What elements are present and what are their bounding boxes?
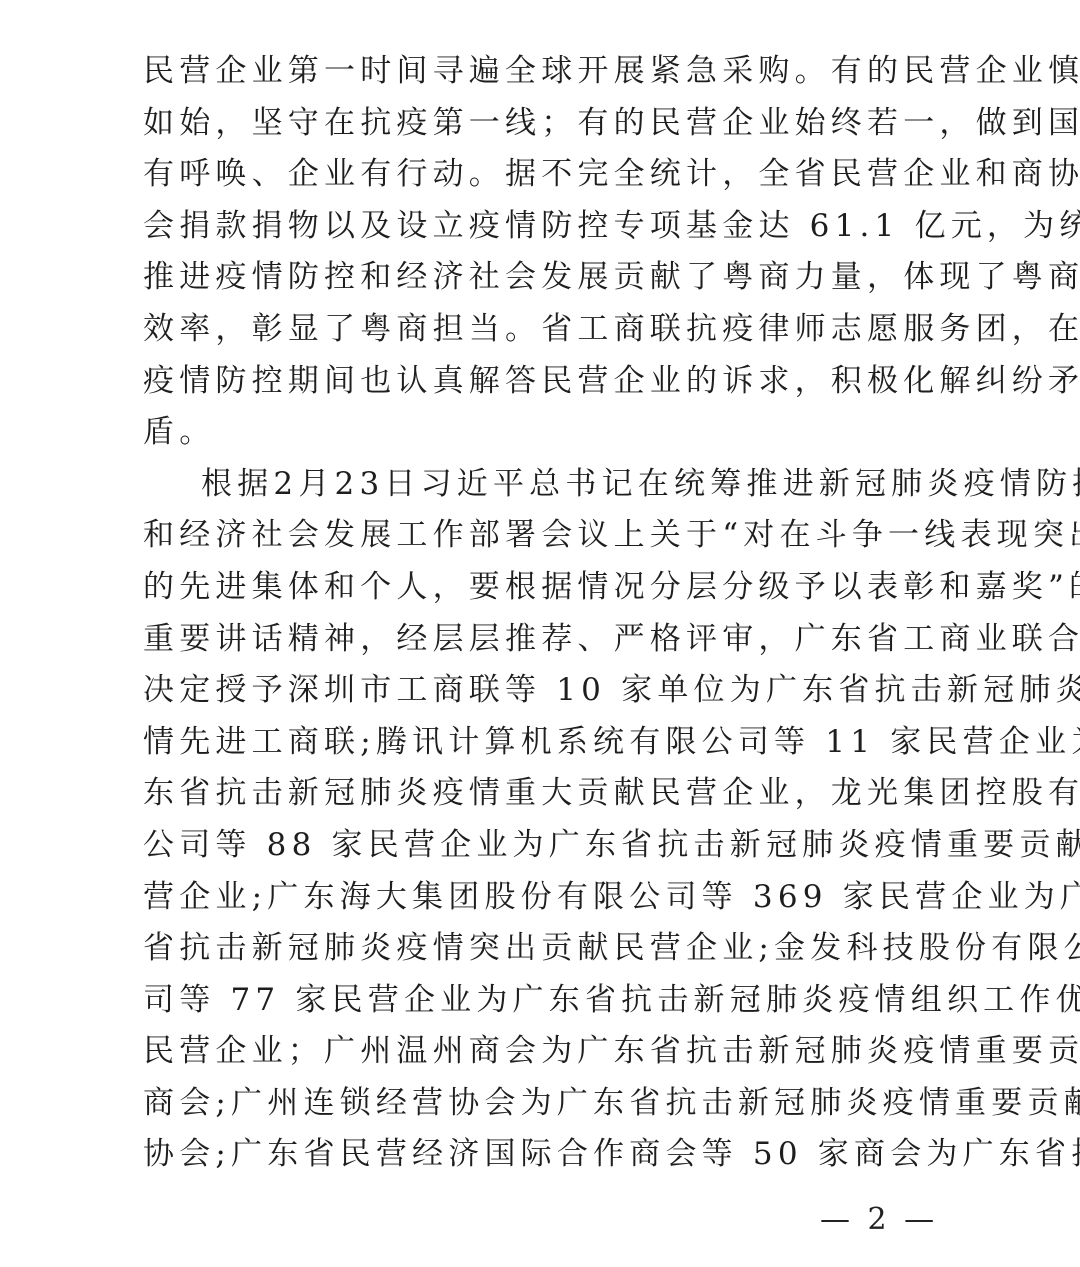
text-line: 公司等 88 家民营企业为广东省抗击新冠肺炎疫情重要贡献民 bbox=[143, 820, 923, 872]
text-line: 东省抗击新冠肺炎疫情重大贡献民营企业，龙光集团控股有限 bbox=[143, 768, 923, 820]
text-line: 效率，彰显了粤商担当。省工商联抗疫律师志愿服务团，在 bbox=[143, 304, 923, 356]
text-line: 推进疫情防控和经济社会发展贡献了粤商力量，体现了粤商 bbox=[143, 252, 923, 304]
text-line: 如始，坚守在抗疫第一线；有的民营企业始终若一，做到国家 bbox=[143, 98, 923, 150]
text-line: 和经济社会发展工作部署会议上关于“对在斗争一线表现突出 bbox=[143, 510, 923, 562]
text-line: 商会;广州连锁经营协会为广东省抗击新冠肺炎疫情重要贡献 bbox=[143, 1078, 923, 1130]
text-line: 司等 77 家民营企业为广东省抗击新冠肺炎疫情组织工作优秀 bbox=[143, 975, 923, 1027]
text-line: 的先进集体和个人，要根据情况分层分级予以表彰和嘉奖”的 bbox=[143, 562, 923, 614]
paragraph-2: 根据2月23日习近平总书记在统筹推进新冠肺炎疫情防控 和经济社会发展工作部署会议… bbox=[143, 459, 923, 1181]
text-line: 营企业;广东海大集团股份有限公司等 369 家民营企业为广东 bbox=[143, 872, 923, 924]
paragraph-1: 民营企业第一时间寻遍全球开展紧急采购。有的民营企业慎终 如始，坚守在抗疫第一线；… bbox=[143, 46, 923, 459]
document-body: 民营企业第一时间寻遍全球开展紧急采购。有的民营企业慎终 如始，坚守在抗疫第一线；… bbox=[143, 46, 923, 1181]
text-line: 有呼唤、企业有行动。据不完全统计，全省民营企业和商协 bbox=[143, 149, 923, 201]
text-line: 重要讲话精神，经层层推荐、严格评审，广东省工商业联合会 bbox=[143, 614, 923, 666]
text-line: 疫情防控期间也认真解答民营企业的诉求，积极化解纠纷矛 bbox=[143, 356, 923, 408]
text-line: 盾。 bbox=[143, 407, 923, 459]
text-line: 省抗击新冠肺炎疫情突出贡献民营企业;金发科技股份有限公 bbox=[143, 923, 923, 975]
text-line: 决定授予深圳市工商联等 10 家单位为广东省抗击新冠肺炎疫 bbox=[143, 665, 923, 717]
text-line: 会捐款捐物以及设立疫情防控专项基金达 61.1 亿元，为统筹 bbox=[143, 201, 923, 253]
page-number: — 2 — bbox=[820, 1202, 938, 1238]
text-line-indented: 根据2月23日习近平总书记在统筹推进新冠肺炎疫情防控 bbox=[143, 459, 923, 511]
text-line: 协会;广东省民营经济国际合作商会等 50 家商会为广东省抗击 bbox=[143, 1129, 923, 1181]
text-line: 民营企业第一时间寻遍全球开展紧急采购。有的民营企业慎终 bbox=[143, 46, 923, 98]
text-line: 民营企业；广州温州商会为广东省抗击新冠肺炎疫情重要贡献 bbox=[143, 1026, 923, 1078]
text-line: 情先进工商联;腾讯计算机系统有限公司等 11 家民营企业为广 bbox=[143, 717, 923, 769]
